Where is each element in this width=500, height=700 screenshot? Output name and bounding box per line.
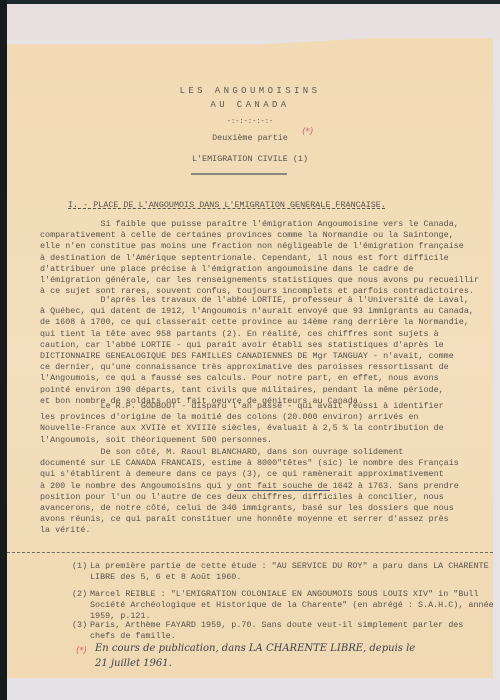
footnote-1: La première partie de cette étude : "AU …: [90, 561, 490, 583]
text-line: qui s'établirent à demeure dans ce pays …: [40, 469, 490, 480]
text-line: d'attribuer une place précise à l'émigra…: [40, 264, 490, 275]
footnote-1-marker: (1): [72, 561, 87, 572]
pen-underline: [234, 490, 330, 491]
title-line-2: AU CANADA: [100, 100, 400, 111]
part-label: Deuxième partie: [150, 133, 350, 144]
text-line: D'après les travaux de l'abbé LORTIE, pr…: [40, 295, 490, 306]
footnote-3: Paris, Arthème FAYARD 1959, p.70. Sans d…: [90, 620, 490, 642]
text-line: elle n'en constitue pas moins une fracti…: [40, 241, 490, 252]
text-line: Paris, Arthème FAYARD 1959, p.70. Sans d…: [90, 620, 490, 631]
text-line: documenté sur LE CANADA FRANCAIS, estime…: [40, 458, 490, 469]
text-line: DICTIONNAIRE GENEALOGIQUE DES FAMILLES C…: [40, 351, 490, 362]
subtitle: L'EMIGRATION CIVILE (1): [150, 154, 350, 165]
handwritten-note-marker: (*): [76, 646, 87, 657]
text-line: De son côté, M. Raoul BLANCHARD, dans so…: [40, 447, 490, 458]
text-line: La première partie de cette étude : "AU …: [90, 561, 490, 572]
text-line: LIBRE des 5, 6 et 8 Août 1960.: [90, 572, 490, 583]
text-line: avancerons, de notre côté, celui de 340 …: [40, 503, 490, 514]
text-line: pointé environ 190 départs, tant civils …: [40, 385, 490, 396]
text-line: avons réunis, ce qui paraît constituer u…: [40, 514, 490, 525]
text-line: caution, car l'abbé LORTIE - qui paraît …: [40, 340, 490, 351]
text-line: position pour l'un ou l'autre de ces deu…: [40, 492, 490, 503]
section-heading-text: I. - PLACE DE L'ANGOUMOIS DANS L'EMIGRAT…: [68, 200, 386, 210]
text-line: ce dernier, qu'une connaissance très app…: [40, 362, 490, 373]
text-line: Si faible que puisse paraître l'émigrati…: [40, 219, 490, 230]
text-line: l'Angoumois, soit théoriquement 500 pers…: [40, 435, 490, 446]
backdrop-bottom: [7, 681, 500, 700]
part-annotation-asterisk: (*): [302, 127, 314, 138]
text-line: l'Angoumois, ce qui a faussé ses calculs…: [40, 373, 490, 384]
handwritten-note-line-1: En cours de publication, dans LA CHARENT…: [95, 643, 415, 654]
text-line: à Québec, qui datent de 1912, l'Angoumoi…: [40, 306, 490, 317]
footnote-3-marker: (3): [72, 620, 87, 631]
text-line: l'émigration générale, car les renseigne…: [40, 275, 490, 286]
scanner-frame-left: [0, 0, 7, 700]
text-line: qui tient la tête avec 958 partants (2).…: [40, 329, 490, 340]
section-heading: I. - PLACE DE L'ANGOUMOIS DANS L'EMIGRAT…: [68, 200, 386, 211]
text-line: chefs de famille.: [90, 631, 490, 642]
text-line: comparativement à celle de certaines pro…: [40, 230, 490, 241]
text-line: à destination de l'Amérique septentriona…: [40, 253, 490, 264]
text-line: les provinces d'origine de la moitié des…: [40, 412, 490, 423]
backdrop: [7, 4, 500, 40]
footnote-2: Marcel REIBLE : "L'EMIGRATION COLONIALE …: [90, 589, 490, 623]
text-line: Le R.P. GODBOUT - disparu l'an passé - q…: [40, 401, 490, 412]
footnote-2-marker: (2): [72, 589, 87, 600]
handwritten-note-line-2: 21 juillet 1961.: [95, 658, 172, 669]
text-line: Nouvelle-France aux XVIIè et XVIIIè sièc…: [40, 423, 490, 434]
subtitle-underline: [191, 173, 287, 175]
paragraph-1: Si faible que puisse paraître l'émigrati…: [40, 219, 490, 297]
title-line-1: LES ANGOUMOISINS: [100, 86, 400, 97]
paragraph-2: D'après les travaux de l'abbé LORTIE, pr…: [40, 295, 490, 407]
title-ornament: -:-:-:-:-:-: [100, 117, 400, 128]
footnote-separator: [7, 552, 493, 553]
text-line: de 1608 à 1700, ce qui classerait cette …: [40, 317, 490, 328]
text-line: Marcel REIBLE : "L'EMIGRATION COLONIALE …: [90, 589, 490, 600]
paragraph-3: Le R.P. GODBOUT - disparu l'an passé - q…: [40, 401, 490, 446]
text-line: Société Archéologique et Historique de l…: [90, 600, 490, 611]
text-line: la vérité.: [40, 525, 490, 536]
paragraph-4: De son côté, M. Raoul BLANCHARD, dans so…: [40, 447, 490, 537]
